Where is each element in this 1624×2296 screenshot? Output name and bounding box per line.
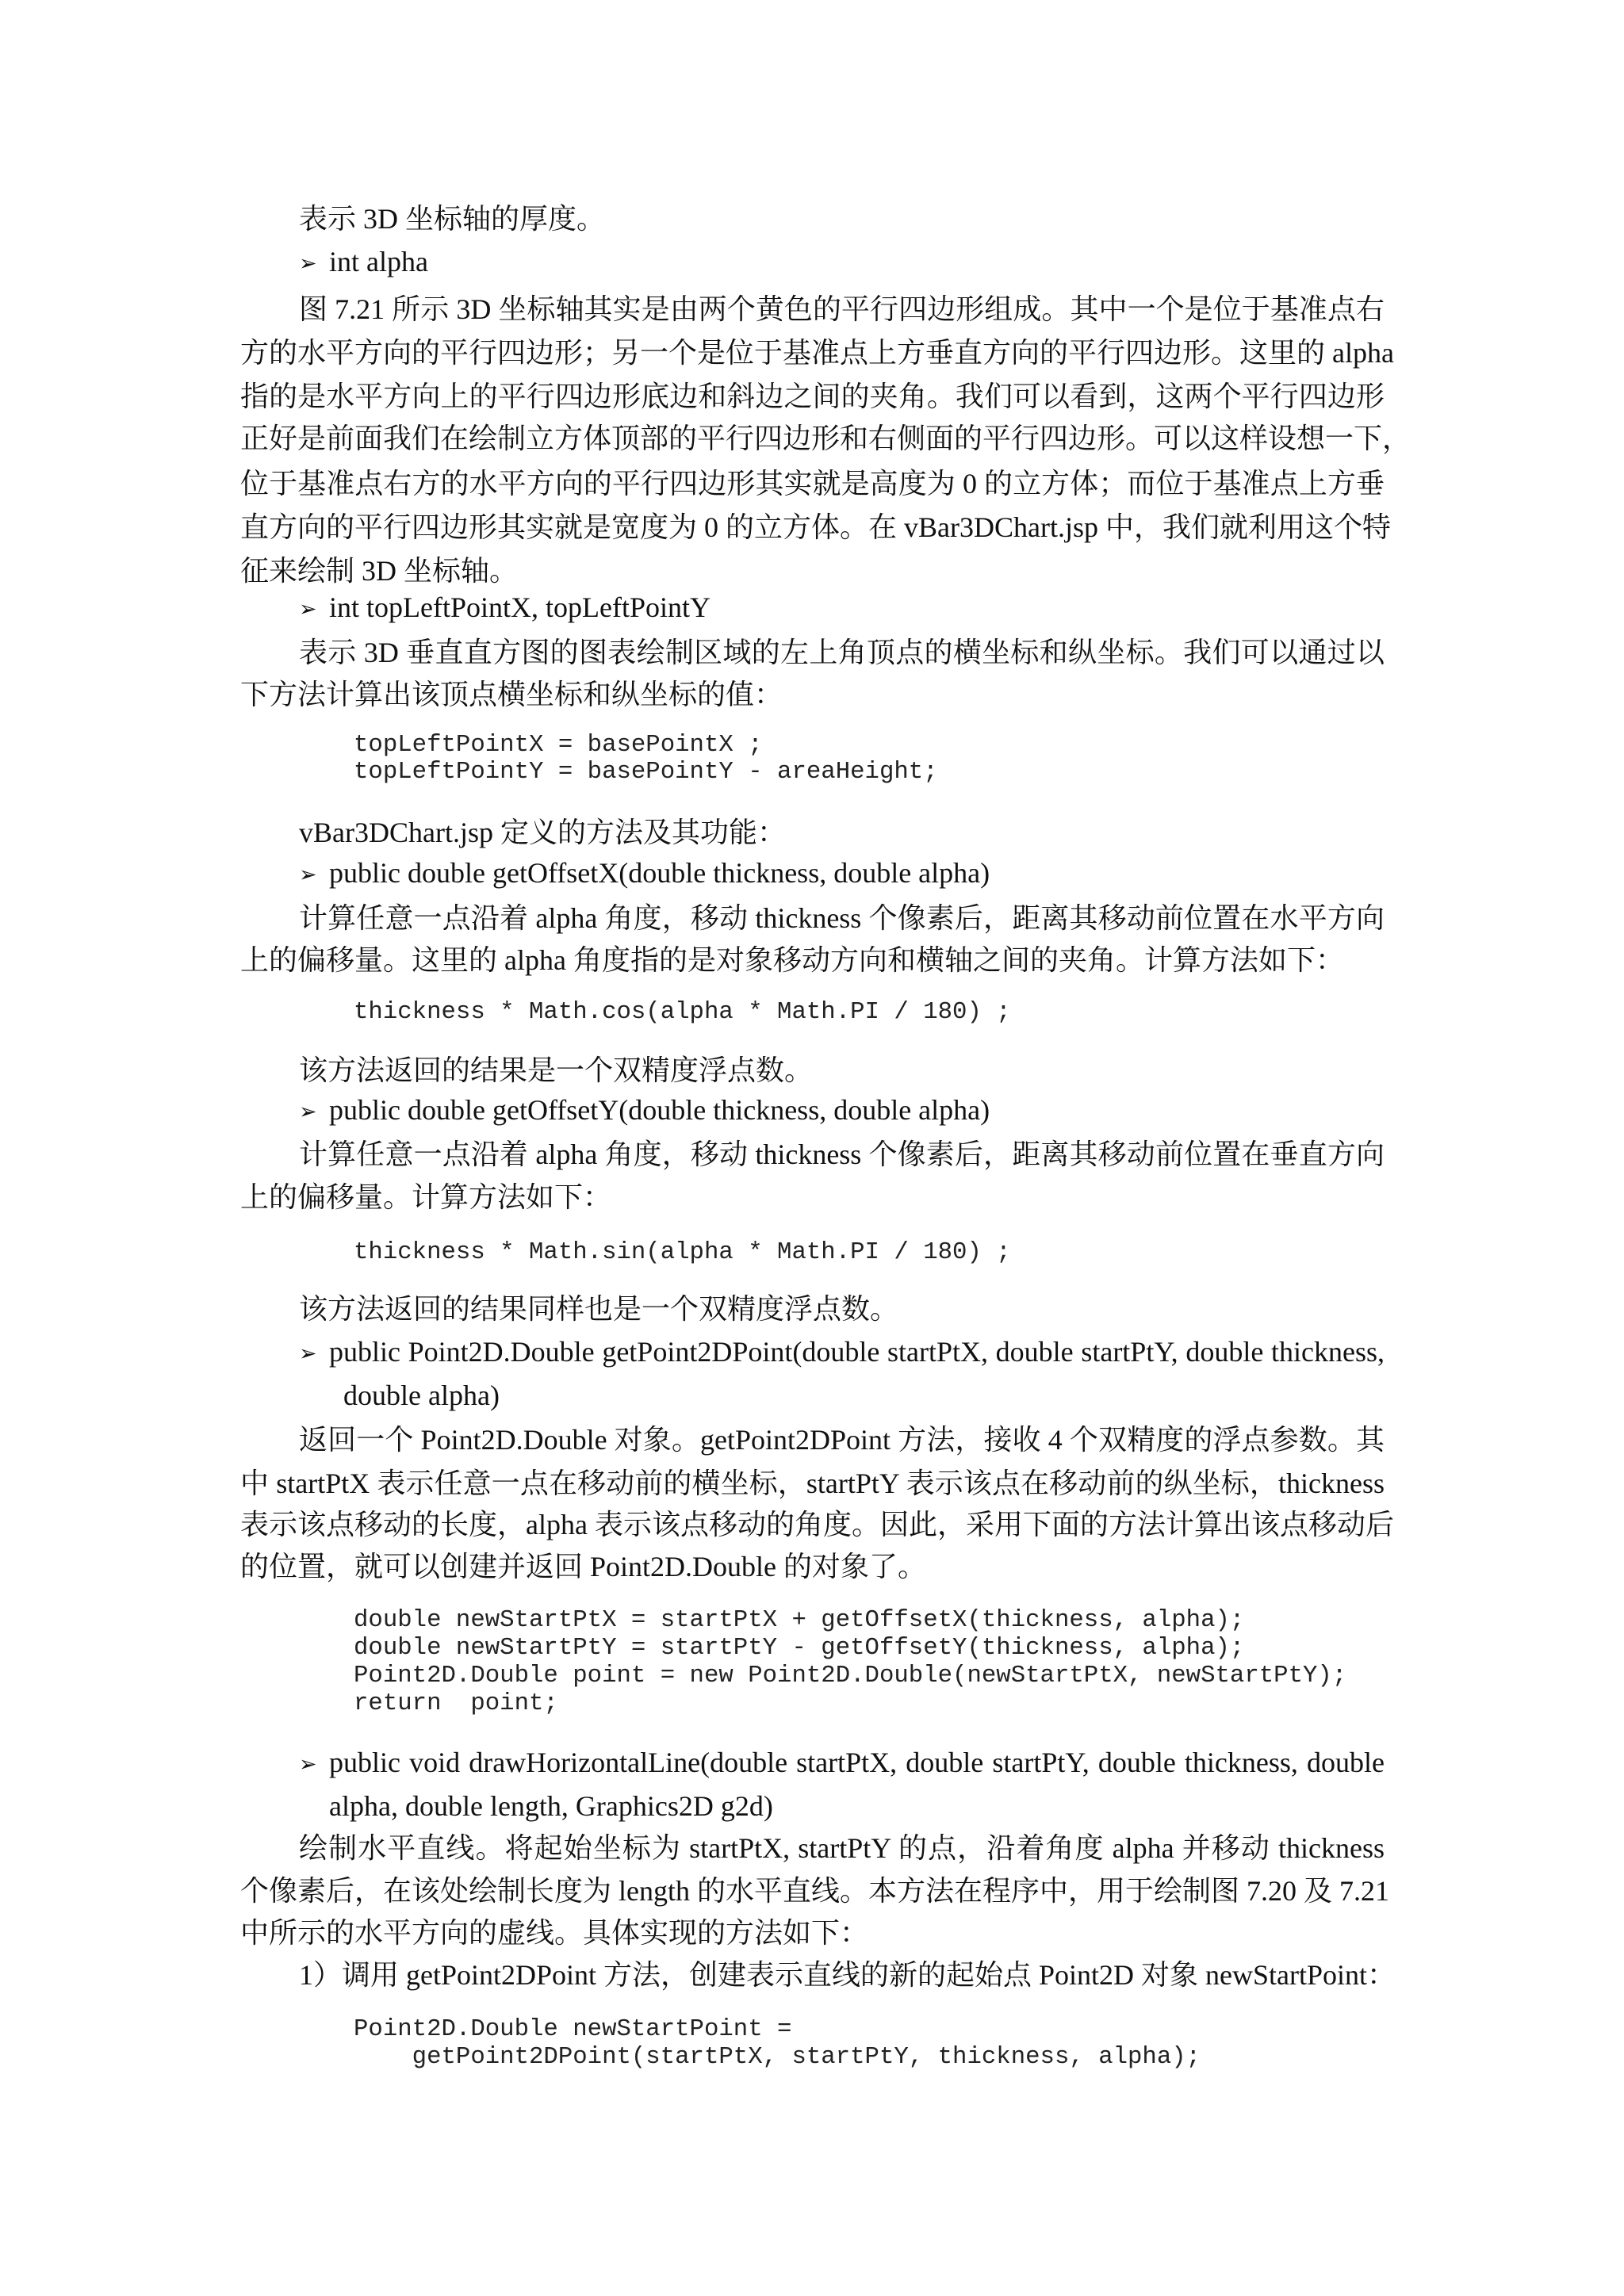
bullet-line: ➢public double getOffsetY(double thickne… bbox=[299, 1093, 1385, 1127]
text-line: 该方法返回的结果是一个双精度浮点数。 bbox=[299, 1053, 1385, 1088]
document-page: 表示 3D 坐标轴的厚度。 ➢int alpha 图 7.21 所示 3D 坐标… bbox=[0, 0, 1624, 2296]
code-line: double newStartPtX = startPtX + getOffse… bbox=[354, 1606, 1244, 1634]
text-line: 位于基准点右方的水平方向的平行四边形其实就是高度为 0 的立方体；而位于基准点上… bbox=[240, 466, 1385, 501]
bullet-line: ➢public Point2D.Double getPoint2DPoint(d… bbox=[299, 1334, 1385, 1369]
code-line: return point; bbox=[354, 1689, 558, 1717]
text-line: 正好是前面我们在绘制立方体顶部的平行四边形和右侧面的平行四边形。可以这样设想一下… bbox=[240, 421, 1385, 456]
arrow-bullet-icon: ➢ bbox=[299, 592, 329, 627]
code-line: Point2D.Double point = new Point2D.Doubl… bbox=[354, 1662, 1346, 1689]
text-line: vBar3DChart.jsp 定义的方法及其功能： bbox=[299, 815, 1385, 850]
text-line: 下方法计算出该顶点横坐标和纵坐标的值： bbox=[240, 677, 1385, 712]
text-line: 指的是水平方向上的平行四边形底边和斜边之间的夹角。我们可以看到，这两个平行四边形 bbox=[240, 379, 1385, 414]
bullet-text: public void drawHorizontalLine(double st… bbox=[329, 1747, 1385, 1778]
arrow-bullet-icon: ➢ bbox=[299, 247, 329, 281]
bullet-line: ➢int alpha bbox=[299, 244, 1385, 279]
code-line: thickness * Math.sin(alpha * Math.PI / 1… bbox=[354, 1238, 1011, 1266]
text-line: 图 7.21 所示 3D 坐标轴其实是由两个黄色的平行四边形组成。其中一个是位于… bbox=[299, 292, 1385, 327]
bullet-line: ➢public void drawHorizontalLine(double s… bbox=[299, 1745, 1385, 1780]
text-line: 征来绘制 3D 坐标轴。 bbox=[240, 553, 1385, 588]
bullet-text: int topLeftPointX, topLeftPointY bbox=[329, 591, 710, 623]
bullet-continuation-line: double alpha) bbox=[343, 1378, 1385, 1413]
bullet-text: public double getOffsetY(double thicknes… bbox=[329, 1094, 990, 1126]
text-line: 表示 3D 垂直直方图的图表绘制区域的左上角顶点的横坐标和纵坐标。我们可以通过以 bbox=[299, 635, 1385, 670]
arrow-bullet-icon: ➢ bbox=[299, 1337, 329, 1372]
code-line: topLeftPointX = basePointX ; bbox=[354, 731, 763, 759]
code-line: topLeftPointY = basePointY - areaHeight; bbox=[354, 758, 938, 786]
code-line: Point2D.Double newStartPoint = bbox=[354, 2015, 791, 2043]
bullet-text: public Point2D.Double getPoint2DPoint(do… bbox=[329, 1336, 1385, 1368]
bullet-text: public double getOffsetX(double thicknes… bbox=[329, 857, 990, 889]
text-line: 绘制水平直线。将起始坐标为 startPtX, startPtY 的点，沿着角度… bbox=[299, 1831, 1385, 1865]
bullet-line: ➢int topLeftPointX, topLeftPointY bbox=[299, 590, 1385, 625]
arrow-bullet-icon: ➢ bbox=[299, 1095, 329, 1130]
text-line: 中 startPtX 表示任意一点在移动前的横坐标，startPtY 表示该点在… bbox=[240, 1466, 1385, 1501]
text-line: 上的偏移量。这里的 alpha 角度指的是对象移动方向和横轴之间的夹角。计算方法… bbox=[240, 943, 1385, 978]
code-line: thickness * Math.cos(alpha * Math.PI / 1… bbox=[354, 998, 1011, 1026]
text-line: 计算任意一点沿着 alpha 角度，移动 thickness 个像素后，距离其移… bbox=[299, 901, 1385, 936]
text-line: 中所示的水平方向的虚线。具体实现的方法如下： bbox=[240, 1915, 1385, 1950]
text-line: 上的偏移量。计算方法如下： bbox=[240, 1180, 1385, 1215]
text-line: 表示 3D 坐标轴的厚度。 bbox=[299, 201, 1385, 236]
text-line: 返回一个 Point2D.Double 对象。getPoint2DPoint 方… bbox=[299, 1422, 1385, 1457]
text-line: 的位置，就可以创建并返回 Point2D.Double 的对象了。 bbox=[240, 1549, 1385, 1584]
bullet-continuation-line: alpha, double length, Graphics2D g2d) bbox=[329, 1789, 1385, 1823]
bullet-line: ➢public double getOffsetX(double thickne… bbox=[299, 855, 1385, 890]
text-line: 计算任意一点沿着 alpha 角度，移动 thickness 个像素后，距离其移… bbox=[299, 1137, 1385, 1172]
bullet-text: int alpha bbox=[329, 246, 428, 277]
code-line: double newStartPtY = startPtY - getOffse… bbox=[354, 1634, 1244, 1662]
step-text-line: 1）调用 getPoint2DPoint 方法，创建表示直线的新的起始点 Poi… bbox=[299, 1957, 1385, 1992]
arrow-bullet-icon: ➢ bbox=[299, 858, 329, 893]
code-line: getPoint2DPoint(startPtX, startPtY, thic… bbox=[354, 2043, 1201, 2071]
text-line: 该方法返回的结果同样也是一个双精度浮点数。 bbox=[299, 1291, 1385, 1326]
arrow-bullet-icon: ➢ bbox=[299, 1747, 329, 1782]
text-line: 方的水平方向的平行四边形；另一个是位于基准点上方垂直方向的平行四边形。这里的 a… bbox=[240, 335, 1385, 370]
text-line: 个像素后，在该处绘制长度为 length 的水平直线。本方法在程序中，用于绘制图… bbox=[240, 1873, 1385, 1908]
text-line: 表示该点移动的长度，alpha 表示该点移动的角度。因此，采用下面的方法计算出该… bbox=[240, 1507, 1385, 1542]
text-line: 直方向的平行四边形其实就是宽度为 0 的立方体。在 vBar3DChart.js… bbox=[240, 510, 1385, 545]
